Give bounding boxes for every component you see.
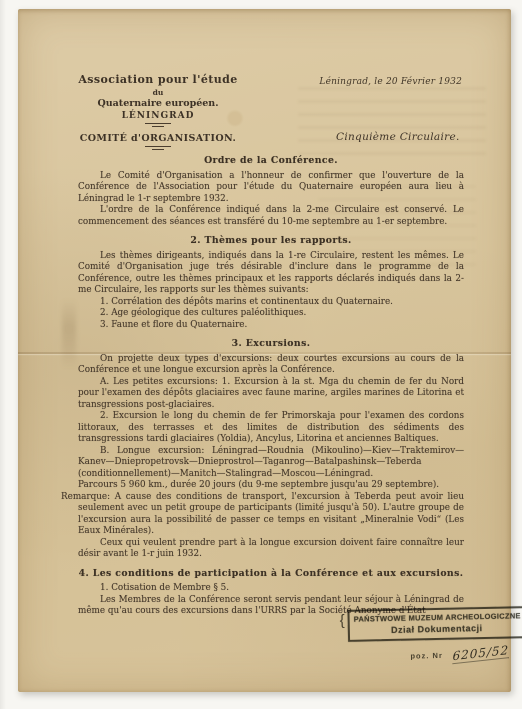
museum-stamp: { PAŃSTWOWE MUZEUM ARCHEOLOGICZNE Dział … xyxy=(347,606,522,665)
stamp-box: PAŃSTWOWE MUZEUM ARCHEOLOGICZNE Dział Do… xyxy=(347,606,522,642)
stamp-brace-mark: { xyxy=(339,612,344,629)
document-page: Association pour l'étude du Quaternaire … xyxy=(18,9,511,692)
org-committee: COMITÉ d'ORGANISATION. xyxy=(68,133,248,144)
list-item: 1. Corrélation des dépôts marins et cont… xyxy=(78,297,464,309)
flourish-divider xyxy=(145,123,171,127)
list-item: 3. Faune et flore du Quaternaire. xyxy=(78,320,464,332)
paragraph: B. Longue excursion: Léningrad—Roudnia (… xyxy=(78,446,464,481)
org-name-line1: Association pour l'étude xyxy=(68,73,248,86)
paper-smudge xyxy=(62,299,76,369)
paragraph-cotisation: 1. Cotisation de Membre § 5. xyxy=(78,583,464,595)
verso-bleed-through xyxy=(298,79,486,165)
dateline: Léningrad, le 20 Février 1932 xyxy=(319,77,462,87)
stamp-inventory-row: poz. Nr 6205/52 xyxy=(410,643,522,663)
paragraph: Les thèmes dirigeants, indiqués dans la … xyxy=(78,251,464,297)
paragraph: Ceux qui veulent prendre part à la longu… xyxy=(78,538,464,561)
org-city: LÉNINGRAD xyxy=(68,111,248,121)
list-item: 2. Age géologique des cultures paléolith… xyxy=(78,308,464,320)
screenshot-root: { "colors": { "paper": "#d9c69e", "ink":… xyxy=(0,0,522,709)
section-heading-1: Ordre de la Conférence. xyxy=(78,155,464,167)
paragraph: On projette deux types d'excursions: deu… xyxy=(78,354,464,377)
document-body: Ordre de la Conférence. Le Comité d'Orga… xyxy=(78,155,464,618)
stamp-inventory-number-handwritten: 6205/52 xyxy=(452,643,509,664)
stamp-department: Dział Dokumentacji xyxy=(354,622,520,635)
section-heading-2: 2. Thèmes pour les rapports. xyxy=(78,235,464,247)
flourish-divider xyxy=(145,146,171,150)
paragraph-remarque: Remarque: A cause des conditions de tran… xyxy=(78,492,464,538)
org-name-line3: Quaternaire européen. xyxy=(68,98,248,109)
paragraph-parcours: Parcours 5 960 km., durée 20 jours (du 9… xyxy=(78,480,464,492)
paragraph: L'ordre de la Conférence indiqué dans la… xyxy=(78,205,464,228)
org-name-line2: du xyxy=(68,88,248,97)
letterhead: Association pour l'étude du Quaternaire … xyxy=(68,73,248,150)
section-heading-4: 4. Les conditions de participation à la … xyxy=(78,568,464,580)
section-heading-3: 3. Excursions. xyxy=(78,338,464,350)
paragraph: Le Comité d'Organisation a l'honneur de … xyxy=(78,171,464,206)
circular-label: Cinquième Circulaire. xyxy=(336,131,460,143)
paragraph: A. Les petites excursions: 1. Excursion … xyxy=(78,377,464,412)
stamp-inventory-label: poz. Nr xyxy=(410,651,443,661)
paragraph: 2. Excursion le long du chemin de fer Pr… xyxy=(78,411,464,446)
